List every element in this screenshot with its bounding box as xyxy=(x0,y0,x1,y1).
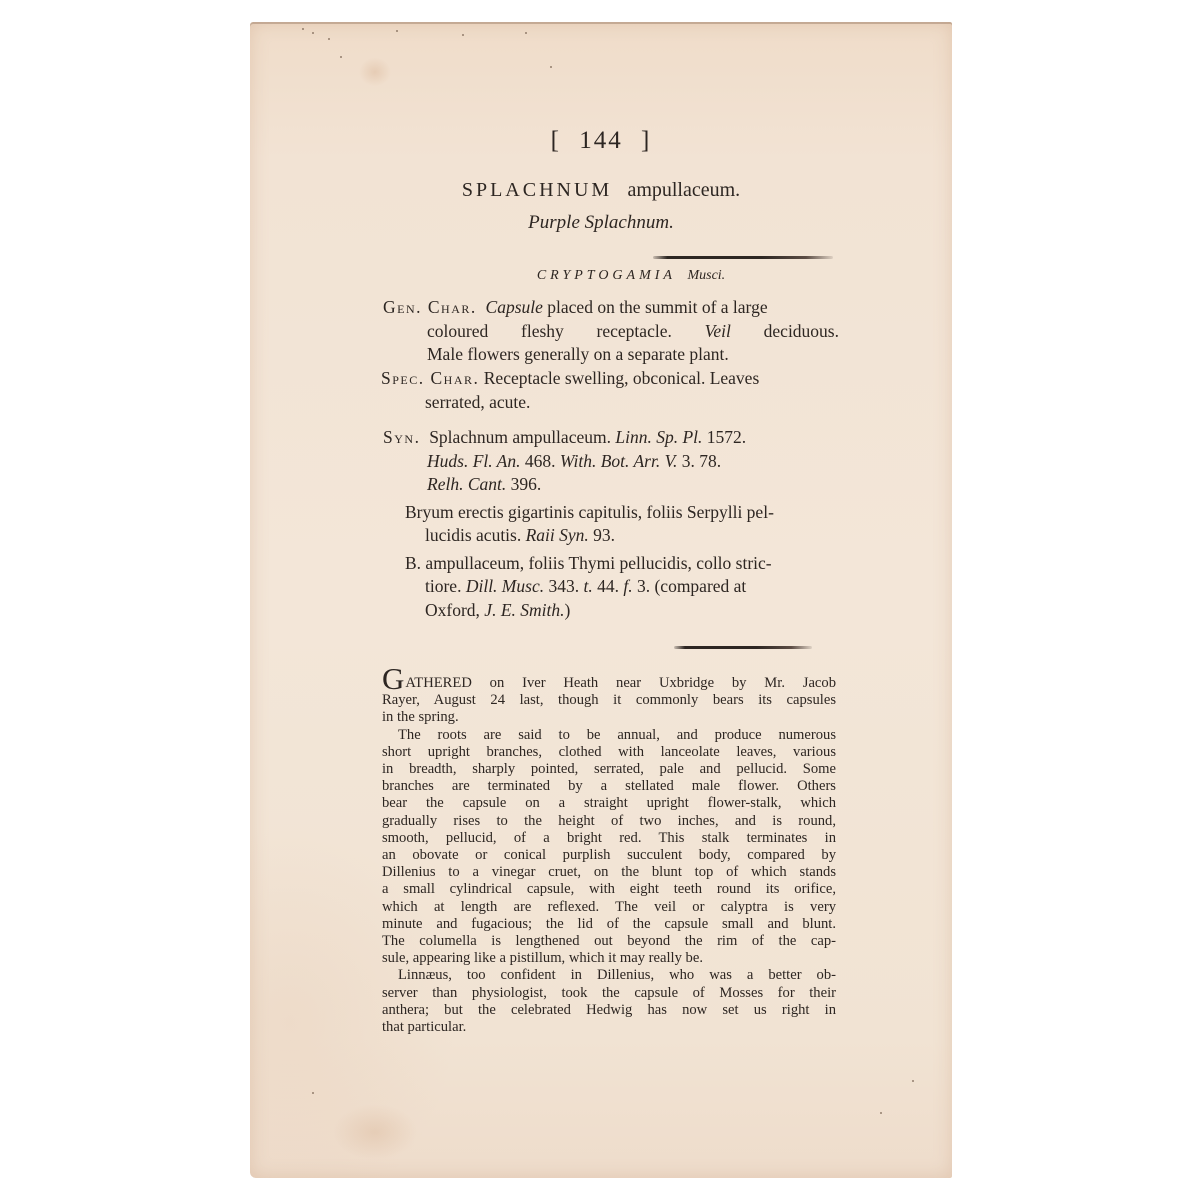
drop-cap: G xyxy=(382,661,404,696)
line-text: Oxford, xyxy=(425,600,484,620)
foxing-speck xyxy=(912,1080,914,1082)
synonyms: Syn. Splachnum ampullaceum. Linn. Sp. Pl… xyxy=(383,426,839,622)
foxing-speck xyxy=(462,34,464,36)
gen-char-line-3: Male flowers generally on a separate pla… xyxy=(383,343,839,367)
gen-char-line-2: coloured fleshy receptacle. Veil deciduo… xyxy=(383,320,839,344)
foxing-speck xyxy=(880,1112,882,1114)
syn-b-ampullaceum-line-2: tiore. Dill. Musc. 343. t. 44. f. 3. (co… xyxy=(383,575,839,599)
foxing-speck xyxy=(550,66,552,68)
citation: Raii Syn. xyxy=(526,525,589,545)
spec-char-line-1: Spec. Char. Receptacle swelling, obconic… xyxy=(381,367,837,391)
syn-line-1: Syn. Splachnum ampullaceum. Linn. Sp. Pl… xyxy=(383,426,839,450)
foxing-speck xyxy=(328,38,330,40)
body-line: which at length are reflexed. The veil o… xyxy=(382,899,836,916)
line-text: Receptacle swelling, obconical. Leaves xyxy=(484,368,760,388)
line-text: 44. xyxy=(593,576,624,596)
foxing-speck xyxy=(312,1092,314,1094)
syn-label: Syn. xyxy=(383,427,420,447)
italic-term: Capsule xyxy=(486,297,543,317)
line-text: 3. (compared at xyxy=(633,576,747,596)
species-title: SPLACHNUM ampullaceum. xyxy=(250,177,952,202)
specific-character: Spec. Char. Receptacle swelling, obconic… xyxy=(381,367,837,414)
citation: J. E. Smith. xyxy=(484,600,564,620)
body-line: The columella is lengthened out beyond t… xyxy=(382,933,836,950)
description-body: GATHERED on Iver Heath near Uxbridge by … xyxy=(382,670,836,1036)
body-line: gradually rises to the height of two inc… xyxy=(382,813,836,830)
classification: CRYPTOGAMIA Musci. xyxy=(250,268,952,284)
italic-term: Veil xyxy=(705,321,731,341)
line-text: ) xyxy=(565,600,571,620)
foxing-speck xyxy=(340,56,342,58)
citation: Linn. Sp. Pl. xyxy=(615,427,702,447)
spec-char-line-2: serrated, acute. xyxy=(381,391,837,415)
line-text: 93. xyxy=(589,525,615,545)
line-text: placed on the summit of a large xyxy=(543,297,768,317)
line-text: Splachnum ampullaceum. xyxy=(429,427,615,447)
syn-b-ampullaceum-line-3: Oxford, J. E. Smith.) xyxy=(383,599,839,623)
body-line: an obovate or conical purplish succulent… xyxy=(382,847,836,864)
body-line: bear the capsule on a straight upright f… xyxy=(382,795,836,812)
line-text: 468. xyxy=(521,451,560,471)
spec-char-label: Spec. Char. xyxy=(381,368,479,388)
line-text: 1572. xyxy=(702,427,746,447)
body-line: Linnæus, too confident in Dillenius, who… xyxy=(382,967,836,984)
line-text: 3. 78. xyxy=(677,451,721,471)
body-line: smooth, pellucid, of a bright red. This … xyxy=(382,830,836,847)
body-line: Dillenius to a vinegar cruet, on the blu… xyxy=(382,864,836,881)
body-line: in the spring. xyxy=(382,709,836,726)
line-text: 396. xyxy=(506,474,541,494)
citation: With. Bot. Arr. V. xyxy=(560,451,678,471)
body-line: minute and fugacious; the lid of the cap… xyxy=(382,916,836,933)
syn-bryum-line-2: lucidis acutis. Raii Syn. 93. xyxy=(383,524,839,548)
citation: Huds. Fl. An. xyxy=(427,451,521,471)
body-line: GATHERED on Iver Heath near Uxbridge by … xyxy=(382,670,836,692)
gen-char-label: Gen. Char. xyxy=(383,297,477,317)
citation: Relh. Cant. xyxy=(427,474,506,494)
foxing-speck xyxy=(312,32,314,34)
section-divider-rule xyxy=(674,646,812,649)
line-text: tiore. xyxy=(425,576,466,596)
citation: Dill. Musc. xyxy=(466,576,544,596)
line-text: deciduous. xyxy=(731,321,839,341)
book-page: [ 144 ] SPLACHNUM ampullaceum. Purple Sp… xyxy=(250,22,952,1178)
body-line: Rayer, August 24 last, though it commonl… xyxy=(382,692,836,709)
citation: f. xyxy=(623,576,632,596)
foxing-speck xyxy=(525,32,527,34)
common-name: Purple Splachnum. xyxy=(250,212,952,234)
syn-line-2: Huds. Fl. An. 468. With. Bot. Arr. V. 3.… xyxy=(383,450,839,474)
citation: t. xyxy=(583,576,592,596)
body-line: a small cylindrical capsule, with eight … xyxy=(382,881,836,898)
body-line: sule, appearing like a pistillum, which … xyxy=(382,950,836,967)
body-line: branches are terminated by a stellated m… xyxy=(382,778,836,795)
foxing-speck xyxy=(302,28,304,30)
line-text: coloured fleshy receptacle. xyxy=(427,321,705,341)
page-number: [ 144 ] xyxy=(250,127,952,155)
generic-character: Gen. Char. Capsule placed on the summit … xyxy=(383,296,839,367)
species-epithet: ampullaceum. xyxy=(627,179,740,201)
body-line: anthera; but the celebrated Hedwig has n… xyxy=(382,1002,836,1019)
body-line: server than physiologist, took the capsu… xyxy=(382,985,836,1002)
body-line: The roots are said to be annual, and pro… xyxy=(382,727,836,744)
body-line: in breadth, sharply pointed, serrated, p… xyxy=(382,761,836,778)
body-line: that particular. xyxy=(382,1019,836,1036)
line-text: ATHERED on Iver Heath near Uxbridge by M… xyxy=(405,675,836,691)
order-name: Musci. xyxy=(687,268,725,283)
ornamental-rule xyxy=(653,256,833,259)
foxing-speck xyxy=(396,30,398,32)
syn-line-3: Relh. Cant. 396. xyxy=(383,473,839,497)
line-text: 343. xyxy=(544,576,583,596)
line-text: lucidis acutis. xyxy=(425,525,526,545)
syn-bryum-line-1: Bryum erectis gigartinis capitulis, foli… xyxy=(383,501,839,525)
syn-b-ampullaceum-line-1: B. ampullaceum, foliis Thymi pellucidis,… xyxy=(383,552,839,576)
class-name: CRYPTOGAMIA xyxy=(537,268,676,283)
gen-char-line-1: Gen. Char. Capsule placed on the summit … xyxy=(383,296,839,320)
body-line: short upright branches, clothed with lan… xyxy=(382,744,836,761)
genus-name: SPLACHNUM xyxy=(462,179,612,201)
